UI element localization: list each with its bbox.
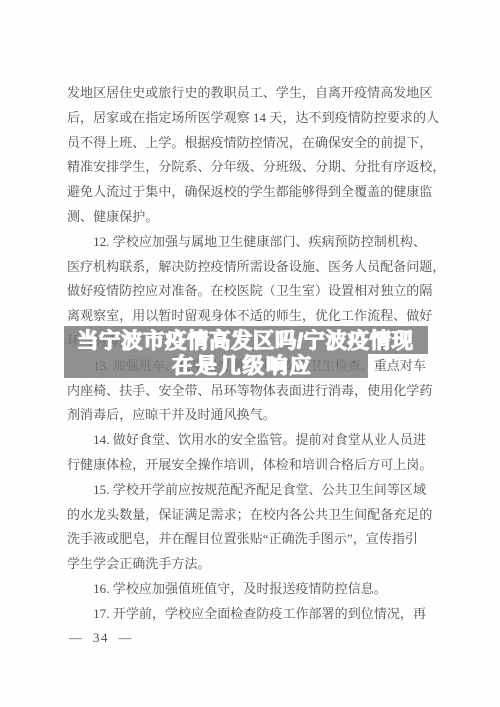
document-line: 洗手液或肥皂，并在醒目位置张贴“正确洗手图示”，宣传指引 [67,527,418,552]
document-line: 医疗机构联系，解决防控疫情所需设备设施、医务人员配备问题， [67,255,445,280]
document-line: 学生学会正确洗手方法。 [67,552,211,577]
headline-line2: 在是几级响应 [172,353,313,379]
document-line: 行健康体检，开展安全操作培训，体检和培训合格后方可上岗。 [67,453,432,478]
document-line: 剂消毒后，应晾干并及时通风换气。 [67,403,276,428]
document-line: 12. 学校应加强与属地卫生健康部门、疾病预防控制机构、 [67,230,426,255]
document-line: 测、健康保护。 [67,205,158,230]
document-line: 15. 学校开学前应按规范配齐配足食堂、公共卫生间等区域 [67,478,426,503]
document-line: 内座椅、扶手、安全带、吊环等物体表面进行消毒，使用化学药 [67,379,432,404]
page-number: — 34 — [69,628,133,648]
document-line: 员不得上班、上学。根据疫情防控情况，在确保安全的前提下， [67,131,432,156]
document-line: 的水龙头数量，保证满足需求；在校内各公共卫生间配备充足的 [67,503,432,528]
document-line: 发地区居住史或旅行史的教职员工、学生，自离开疫情高发地区 [67,81,432,106]
document-line: 后，居家或在指定场所医学观察 14 天，达不到疫情防控要求的人 [67,106,439,131]
document-line: 做好疫情防控应对准备。在校医院（卫生室）设置相对独立的隔 [67,279,432,304]
document-line: 17. 开学前，学校应全面检查防疫工作部署的到位情况，再 [67,602,426,627]
document-line: 避免人流过于集中，确保返校的学生都能够得到全覆盖的健康监 [67,180,432,205]
headline-line1: 当宁波市疫情高发区吗/宁波疫情现 [77,328,413,354]
document-line: 16. 学校应加强值班值守，及时报送疫情防控信息。 [67,577,387,602]
document-page: 发地区居住史或旅行史的教职员工、学生，自离开疫情高发地区后，居家或在指定场所医学… [0,0,500,707]
document-line: 精准安排学生，分院系、分年级、分班级、分期、分批有序返校， [67,155,445,180]
document-line: 14. 做好食堂、饮用水的安全监管。提前对食堂从业人员进 [67,428,426,453]
